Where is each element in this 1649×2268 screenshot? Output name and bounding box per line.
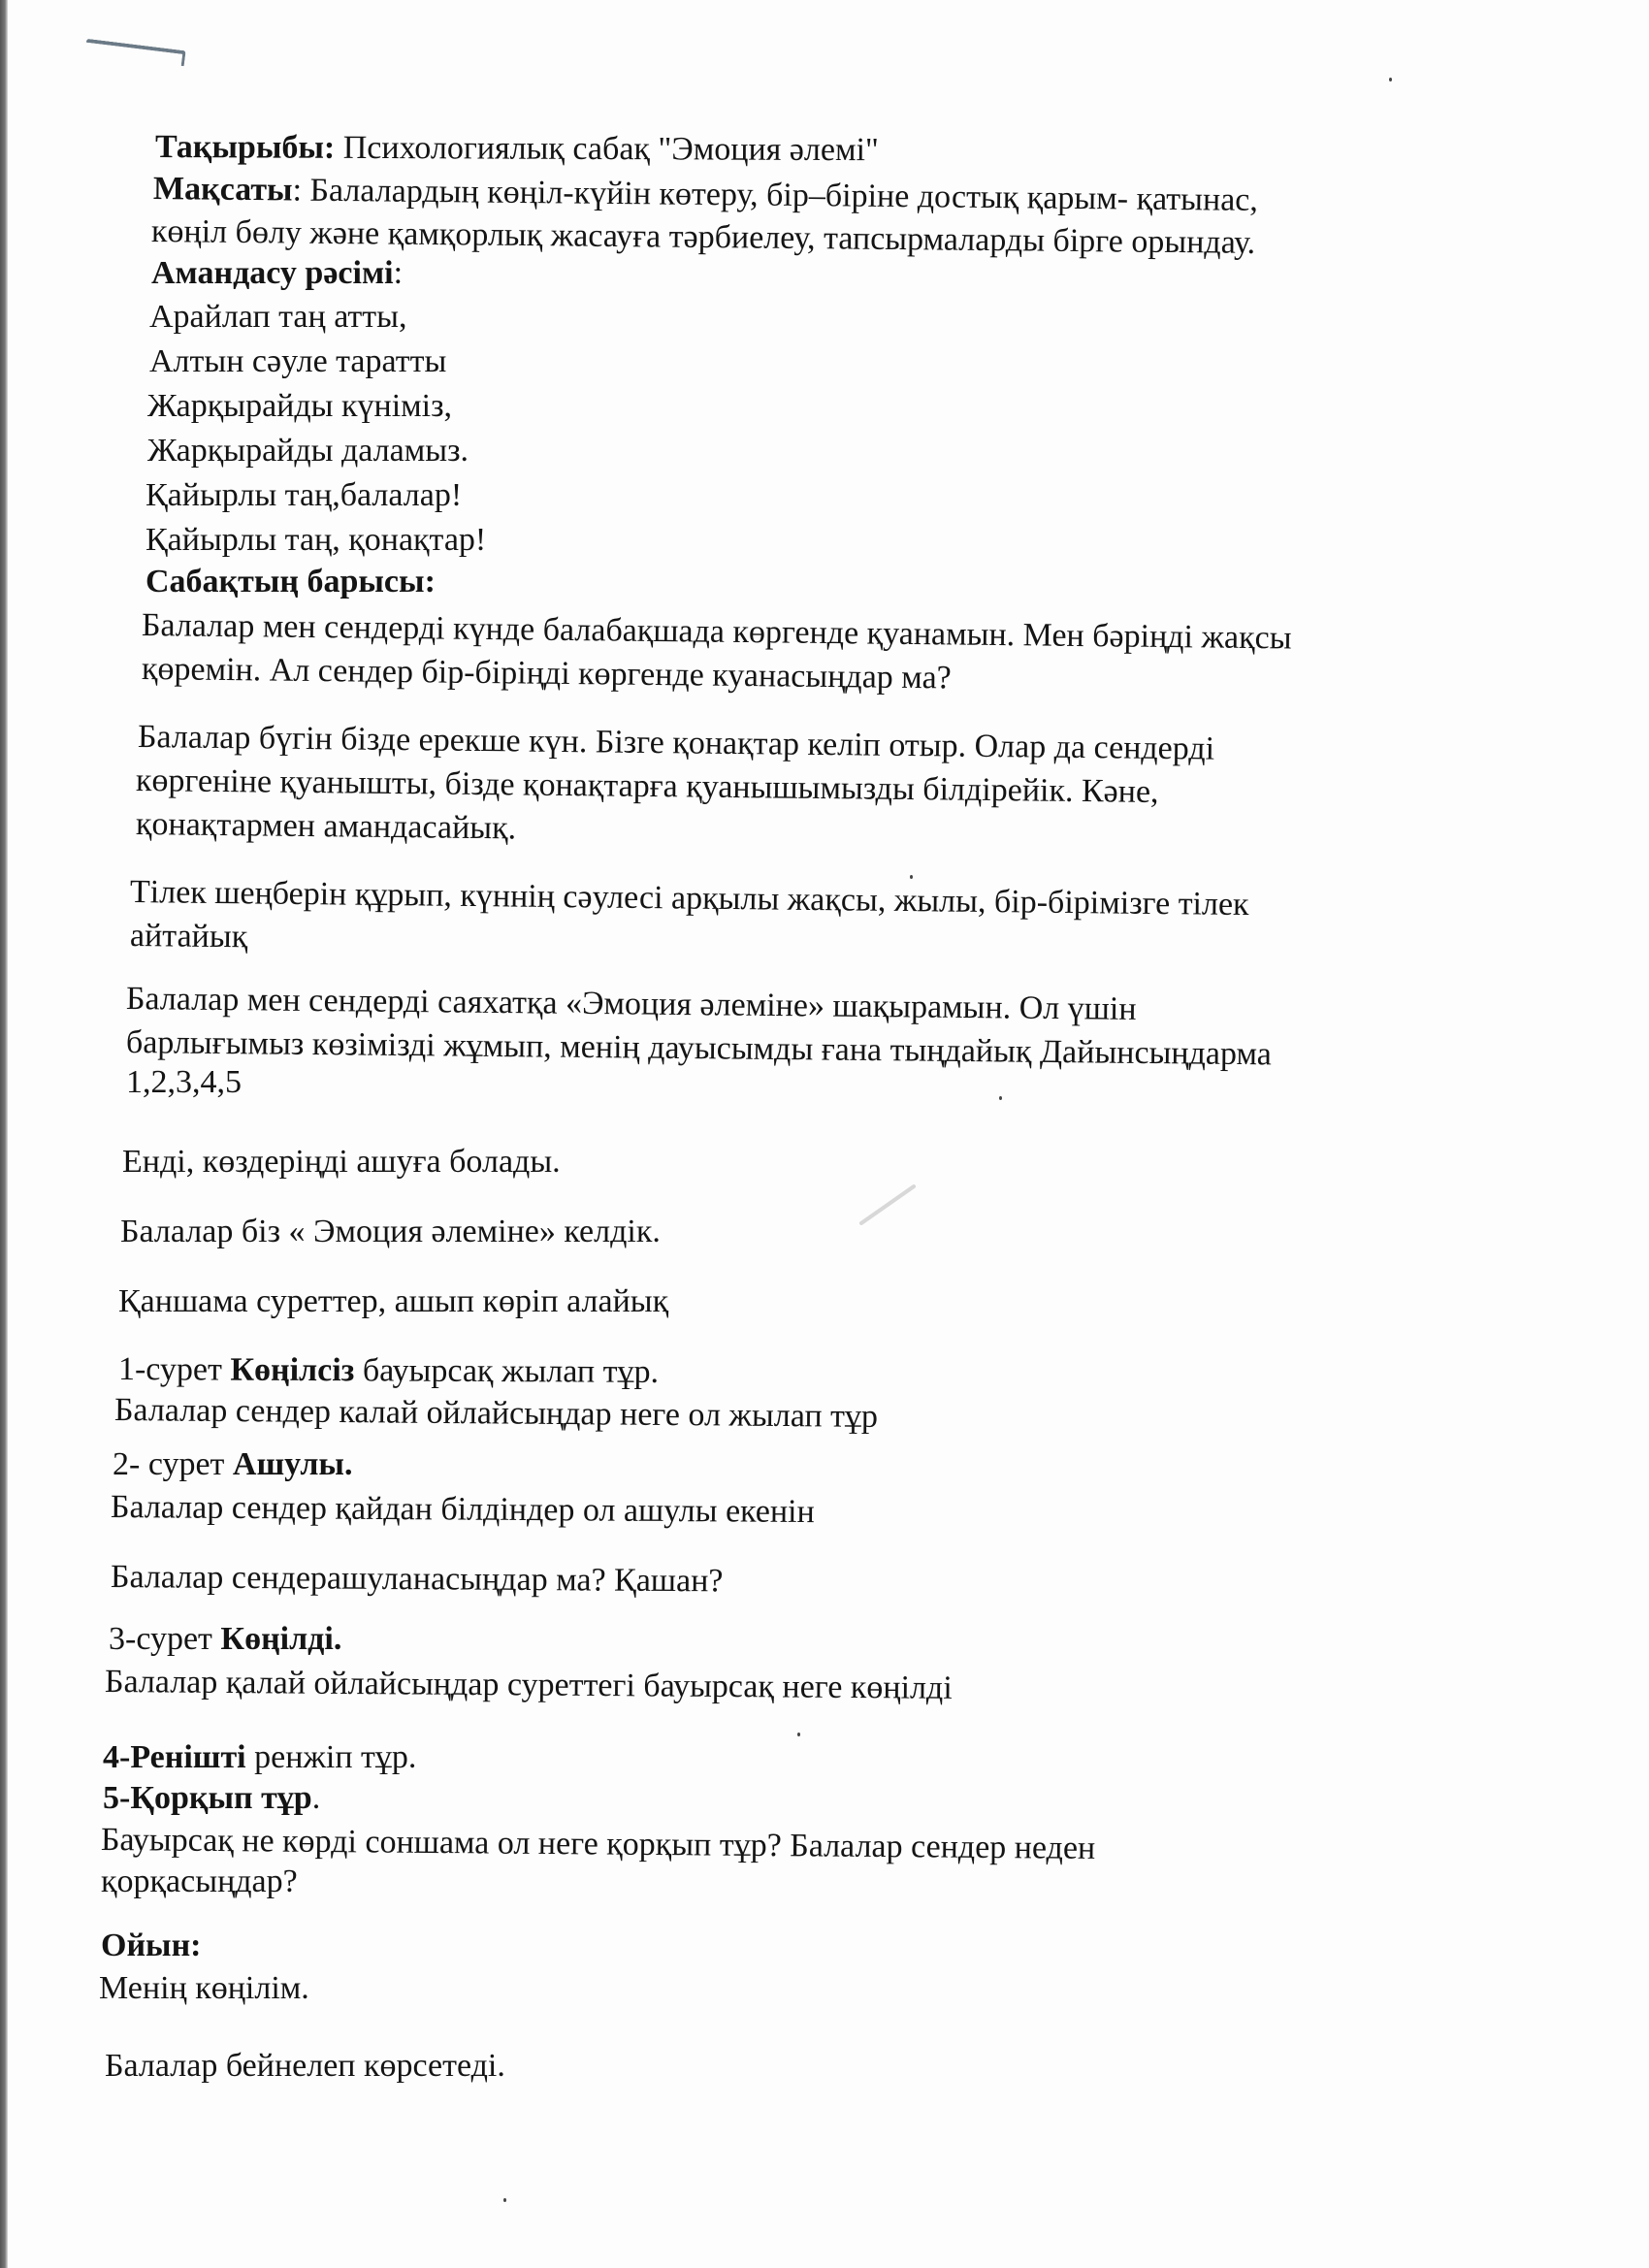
- scan-speck: [797, 1733, 800, 1736]
- pic2-question: Балалар сендер қайдан білдіндер ол ашулы…: [111, 1488, 815, 1532]
- pic2-emotion: Ашулы.: [233, 1446, 353, 1482]
- scan-scuff: [858, 1183, 917, 1225]
- pic2-question-2: Балалар сендерашуланасыңдар ма? Қашан?: [111, 1558, 724, 1601]
- pic2-line: 2- сурет Ашулы.: [113, 1445, 352, 1484]
- lesson-p7: Қаншама суреттер, ашып көріп алайық: [118, 1282, 668, 1321]
- lesson-heading: Сабақтың барысы:: [145, 563, 436, 601]
- pic5-question-1: Бауырсақ не көрді соншама ол неге қорқып…: [101, 1821, 1096, 1868]
- pic3-question: Балалар қалай ойлайсыңдар суреттегі бауы…: [105, 1663, 953, 1708]
- lesson-p4-line-3: 1,2,3,4,5: [126, 1063, 242, 1102]
- pic1-question: Балалар сендер калай ойлайсыңдар неге ол…: [114, 1391, 878, 1437]
- lesson-p4-line-1: Балалар мен сендерді саяхатқа «Эмоция әл…: [126, 980, 1137, 1029]
- goal-line-1: Мақсаты: Балалардың көңіл-күйін көтеру, …: [153, 170, 1258, 220]
- lesson-p1-line-1: Балалар мен сендерді күнде балабақшада к…: [142, 606, 1292, 658]
- game-heading: Ойын:: [101, 1927, 202, 1965]
- scan-speck: [999, 1096, 1002, 1100]
- pic5-question-2: қорқасыңдар?: [101, 1863, 298, 1901]
- pic5-line: 5-Қорқып тұр.: [103, 1779, 320, 1818]
- scan-speck: [1389, 78, 1392, 81]
- pic2-prefix: 2- сурет: [113, 1446, 233, 1482]
- lesson-p3-line-2: айтайық: [130, 917, 248, 956]
- greeting-heading-colon: :: [394, 255, 403, 291]
- topic-label: Тақырыбы:: [155, 129, 335, 166]
- scan-speck: [910, 875, 913, 879]
- lesson-p1-line-2: қөремін. Ал сендер бір-біріңді көргенде …: [142, 650, 952, 697]
- pic3-emotion: Көңілді.: [220, 1621, 341, 1657]
- verse-line-3: Жарқырайды күніміз,: [147, 387, 452, 426]
- verse-line-6: Қайырлы таң, қонақтар!: [145, 521, 486, 560]
- game-name: Менің көңілім.: [99, 1969, 309, 2008]
- game-note: Балалар бейнелеп көрсетеді.: [105, 2047, 505, 2086]
- verse-line-2: Алтын сәуле таратты: [149, 342, 446, 381]
- lesson-p3-line-1: Тілек шеңберін құрып, күннің сәулесі арқ…: [130, 873, 1249, 924]
- greeting-heading-line: Амандасу рәсімі:: [151, 254, 403, 293]
- lesson-p6: Балалар біз « Эмоция әлеміне» келдік.: [120, 1213, 661, 1251]
- lesson-p2-line-2: көргеніне қуанышты, бізде қонақтарға қуа…: [136, 761, 1159, 812]
- topic-line: Тақырыбы: Психологиялық сабақ "Эмоция әл…: [155, 128, 879, 170]
- goal-text-1: : Балалардың көңіл-күйін көтеру, бір–бір…: [292, 173, 1258, 218]
- pic1-suffix: бауырсақ жылап тұр.: [354, 1352, 659, 1390]
- verse-line-5: Қайырлы таң,балалар!: [145, 476, 462, 515]
- pic4-emotion: 4-Ренішті: [103, 1739, 246, 1775]
- pic5-emotion: 5-Қорқып тұр: [103, 1780, 312, 1816]
- scan-edge: [0, 0, 8, 2268]
- verse-line-4: Жарқырайды даламыз.: [147, 432, 469, 470]
- pic5-suffix: .: [312, 1780, 321, 1816]
- staple-mark: [84, 39, 185, 66]
- pic4-suffix: ренжіп тұр.: [246, 1739, 417, 1775]
- pic1-prefix: 1-сурет: [118, 1351, 231, 1388]
- pic3-prefix: 3-сурет: [109, 1621, 220, 1657]
- greeting-heading: Амандасу рәсімі: [151, 255, 394, 291]
- pic1-emotion: Көңілсіз: [230, 1352, 354, 1389]
- lesson-p4-line-2: барлығымыз көзімізді жұмып, менің дауысы…: [126, 1023, 1272, 1074]
- topic-text: Психологиялық сабақ "Эмоция әлемі": [335, 130, 879, 168]
- pic4-line: 4-Ренішті ренжіп тұр.: [103, 1738, 416, 1777]
- lesson-p2-line-3: қонақтармен амандасайық.: [136, 805, 517, 848]
- pic1-line: 1-сурет Көңілсіз бауырсақ жылап тұр.: [118, 1350, 659, 1392]
- lesson-p5: Енді, көздеріңді ашуға болады.: [122, 1143, 561, 1182]
- verse-line-1: Арайлап таң атты,: [149, 298, 406, 337]
- pic3-line: 3-сурет Көңілді.: [109, 1620, 341, 1659]
- scan-speck: [503, 2198, 506, 2202]
- lesson-p2-line-1: Балалар бүгін бізде ерекше күн. Бізге қо…: [138, 718, 1215, 769]
- goal-label: Мақсаты: [153, 171, 293, 209]
